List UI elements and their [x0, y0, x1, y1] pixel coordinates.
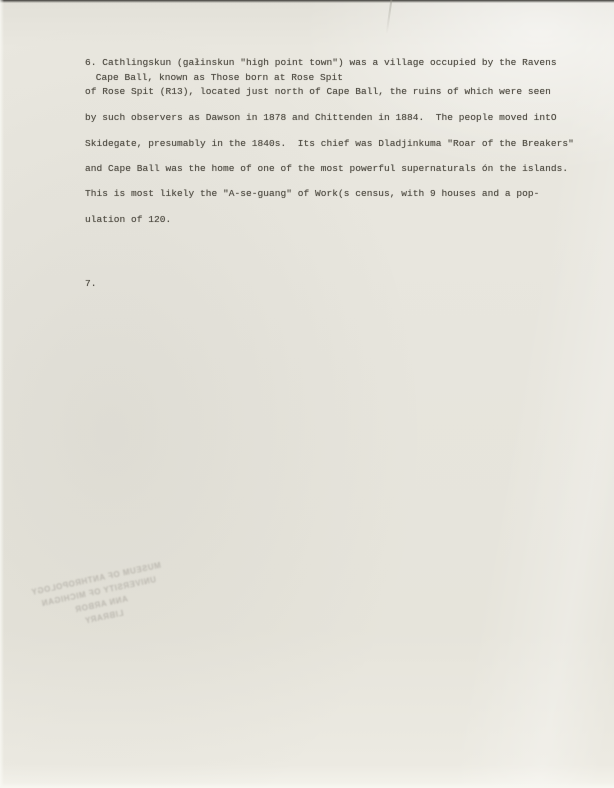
scan-edge-left [0, 0, 4, 788]
typed-line: 6. Cathlingskun (gałinskun "high point t… [85, 58, 557, 68]
typed-line: This is most likely the "A-se-guang" of … [85, 189, 539, 199]
typed-line: Skidegate, presumably in the 1840s. Its … [85, 139, 574, 149]
typed-line: by such observers as Dawson in 1878 and … [85, 113, 557, 123]
next-item-number: 7. [85, 279, 97, 289]
paper-crease [386, 0, 393, 34]
typed-line: and Cape Ball was the home of one of the… [85, 164, 568, 174]
scanned-document-page: 6. Cathlingskun (gałinskun "high point t… [0, 0, 614, 788]
typed-line: ulation of 120. [85, 215, 171, 225]
typed-line: of Rose Spit (R13), located just north o… [85, 87, 551, 97]
bleedthrough-stamp: MUSEUM OF ANTHROPOLOGY UNIVERSITY OF MIC… [22, 557, 178, 639]
scan-edge-bottom [0, 783, 614, 788]
typed-line-interlined-insertion: Cape Ball, known as Those born at Rose S… [90, 73, 343, 83]
scan-edge-top [0, 0, 614, 3]
